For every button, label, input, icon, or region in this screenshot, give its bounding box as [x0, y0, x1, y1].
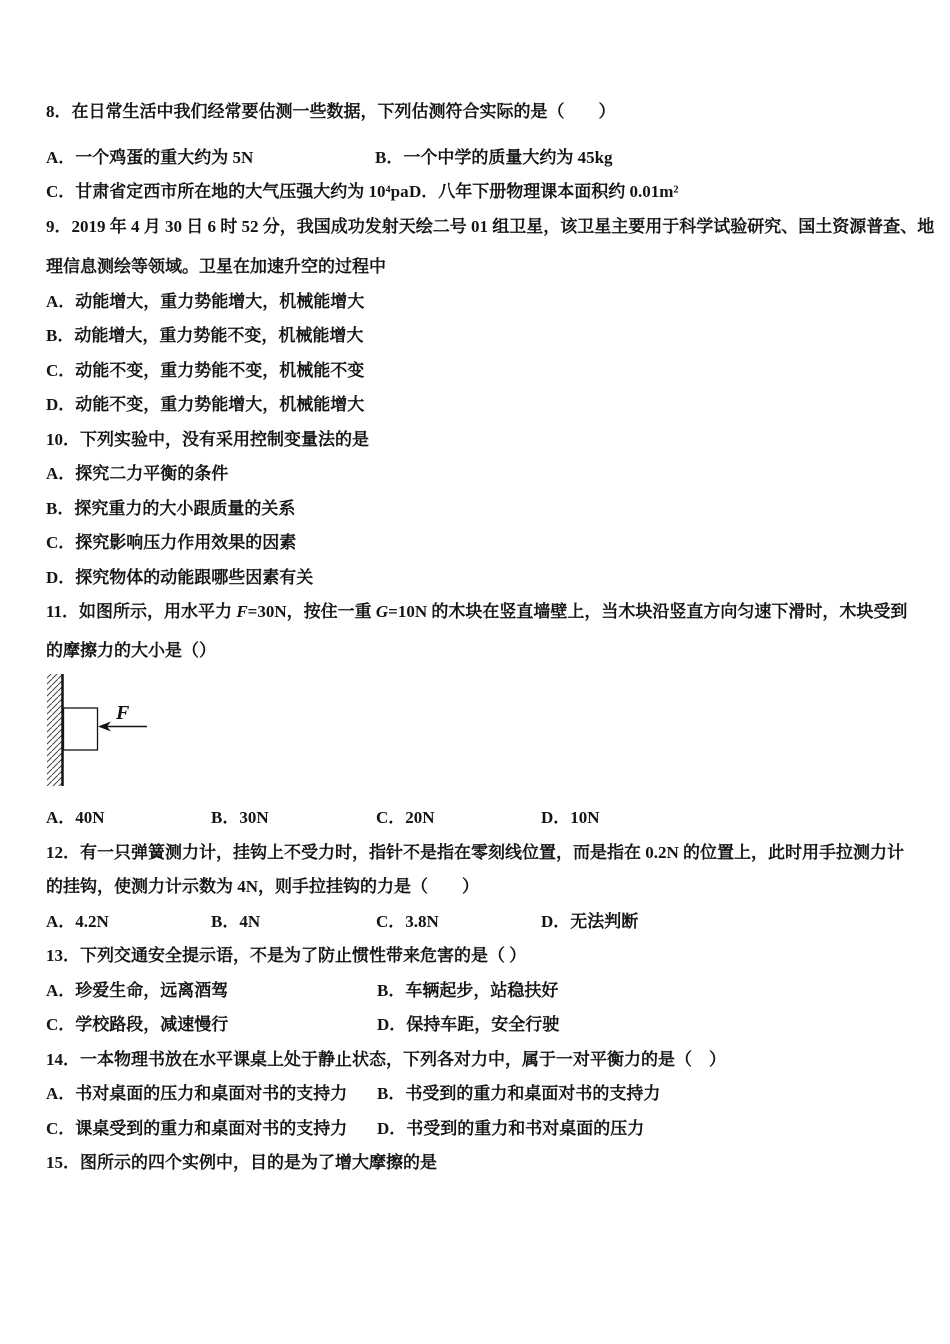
question-12-option-d: D．无法判断: [541, 905, 638, 940]
question-14-option-a: A．书对桌面的压力和桌面对书的支持力: [46, 1077, 377, 1112]
question-14-option-b: B．书受到的重力和桌面对书的支持力: [377, 1077, 660, 1112]
question-15-stem: 15．图所示的四个实例中，目的是为了增大摩擦的是: [46, 1146, 908, 1181]
question-12-stem-line-2: 的挂钩，使测力计示数为 4N，则手拉挂钩的力是（ ）: [46, 870, 908, 905]
question-8-options-row-2: C．甘肃省定西市所在地的大气压强大约为 10⁴pa D．八年下册物理课本面积约 …: [46, 175, 908, 210]
question-14-stem: 14．一本物理书放在水平课桌上处于静止状态，下列各对力中，属于一对平衡力的是（ …: [46, 1043, 908, 1078]
question-8-options-row-1: A．一个鸡蛋的重大约为 5N B．一个中学的质量大约为 45kg: [46, 141, 908, 176]
question-11-stem-line-1: 11．如图所示，用水平力 F=30N，按住一重 G=10N 的木块在竖直墙壁上，…: [46, 595, 908, 630]
question-8-option-b: B．一个中学的质量大约为 45kg: [375, 141, 613, 176]
question-9-stem-line-1: 9．2019 年 4 月 30 日 6 时 52 分，我国成功发射天绘二号 01…: [46, 210, 908, 245]
wall-hatching: [47, 674, 62, 786]
question-10-option-c: C．探究影响压力作用效果的因素: [46, 526, 908, 561]
question-10-option-a: A．探究二力平衡的条件: [46, 457, 908, 492]
question-9-option-d: D．动能不变，重力势能增大，机械能增大: [46, 388, 908, 423]
question-11-stem-text-2: =30N，按住一重: [248, 602, 376, 621]
question-14-option-d: D．书受到的重力和书对桌面的压力: [377, 1112, 644, 1147]
question-9-stem-line-2: 理信息测绘等领域。卫星在加速升空的过程中: [46, 250, 908, 285]
question-11-figure: F: [46, 673, 908, 791]
question-10-stem: 10．下列实验中，没有采用控制变量法的是: [46, 423, 908, 458]
question-11-option-a: A．40N: [46, 801, 211, 836]
question-13-option-d: D．保持车距，安全行驶: [377, 1008, 559, 1043]
question-8-option-a: A．一个鸡蛋的重大约为 5N: [46, 141, 375, 176]
question-12-option-c: C．3.8N: [376, 905, 541, 940]
question-12-option-b: B．4N: [211, 905, 376, 940]
question-11-option-d: D．10N: [541, 801, 600, 836]
question-10-option-b: B．探究重力的大小跟质量的关系: [46, 492, 908, 527]
question-9-option-c: C．动能不变，重力势能不变，机械能不变: [46, 354, 908, 389]
question-11-stem-text-1: 11．如图所示，用水平力: [46, 602, 236, 621]
question-13-option-a: A．珍爱生命，远离酒驾: [46, 974, 377, 1009]
question-11-stem-line-2: 的摩擦力的大小是（）: [46, 634, 908, 669]
block: [64, 708, 98, 750]
question-12-option-a: A．4.2N: [46, 905, 211, 940]
question-13-stem: 13．下列交通安全提示语，不是为了防止惯性带来危害的是（ ）: [46, 939, 908, 974]
question-8-option-c: C．甘肃省定西市所在地的大气压强大约为 10⁴pa: [46, 175, 409, 210]
question-8-option-d: D．八年下册物理课本面积约 0.01m²: [409, 175, 679, 210]
question-9-option-a: A．动能增大，重力势能增大，机械能增大: [46, 285, 908, 320]
force-label: F: [115, 702, 130, 724]
exam-page: 8．在日常生活中我们经常要估测一些数据，下列估测符合实际的是（ ） A．一个鸡蛋…: [0, 0, 950, 1344]
question-14-options-row-1: A．书对桌面的压力和桌面对书的支持力 B．书受到的重力和桌面对书的支持力: [46, 1077, 908, 1112]
question-12-stem-line-1: 12．有一只弹簧测力计，挂钩上不受力时，指针不是指在零刻线位置，而是指在 0.2…: [46, 836, 908, 871]
question-11-options-row: A．40N B．30N C．20N D．10N: [46, 801, 908, 836]
question-8-stem: 8．在日常生活中我们经常要估测一些数据，下列估测符合实际的是（ ）: [46, 95, 908, 130]
question-11-var-g: G: [376, 602, 388, 621]
question-11-option-b: B．30N: [211, 801, 376, 836]
question-10-option-d: D．探究物体的动能跟哪些因素有关: [46, 561, 908, 596]
question-14-options-row-2: C．课桌受到的重力和桌面对书的支持力 D．书受到的重力和书对桌面的压力: [46, 1112, 908, 1147]
question-11-stem-text-3: =10N 的木块在竖直墙壁上，当木块沿竖直方向匀速下滑时，木块受到: [388, 602, 907, 621]
question-9-option-b: B．动能增大，重力势能不变，机械能增大: [46, 319, 908, 354]
question-13-option-b: B．车辆起步，站稳扶好: [377, 974, 558, 1009]
question-11-var-f: F: [236, 602, 247, 621]
question-12-options-row: A．4.2N B．4N C．3.8N D．无法判断: [46, 905, 908, 940]
question-11-option-c: C．20N: [376, 801, 541, 836]
force-diagram: F: [46, 673, 206, 791]
question-13-option-c: C．学校路段，减速慢行: [46, 1008, 377, 1043]
question-13-options-row-1: A．珍爱生命，远离酒驾 B．车辆起步，站稳扶好: [46, 974, 908, 1009]
question-14-option-c: C．课桌受到的重力和桌面对书的支持力: [46, 1112, 377, 1147]
question-13-options-row-2: C．学校路段，减速慢行 D．保持车距，安全行驶: [46, 1008, 908, 1043]
